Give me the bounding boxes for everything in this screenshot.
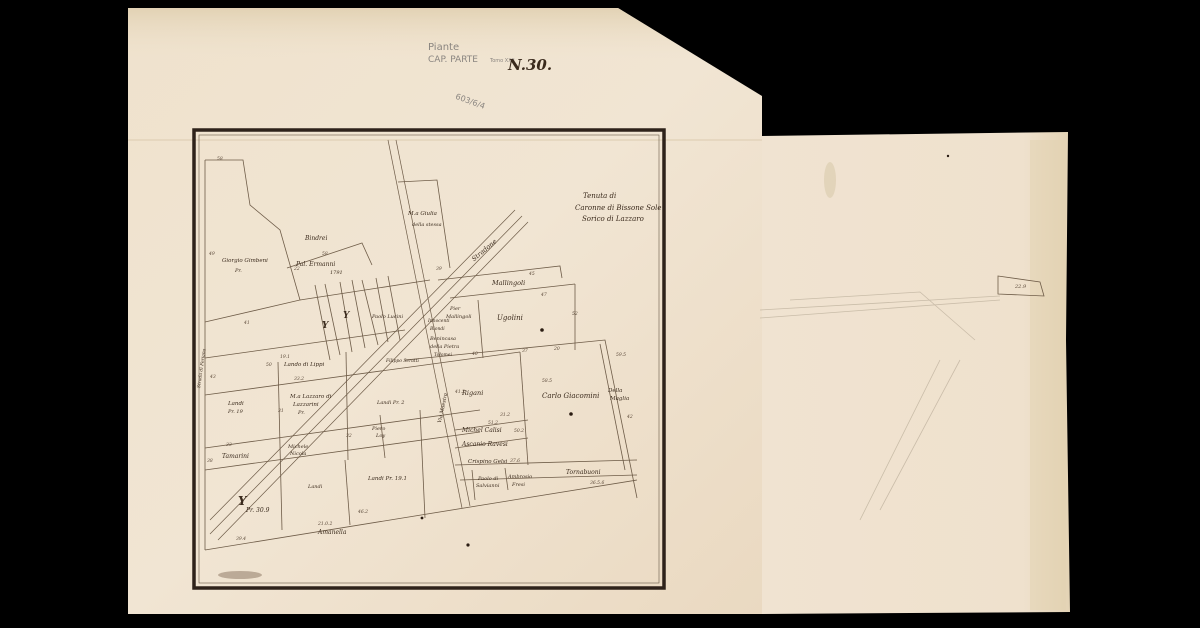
label-della-maglia: Della — [607, 388, 622, 394]
svg-text:31.2: 31.2 — [500, 412, 510, 418]
svg-text:20: 20 — [553, 346, 560, 352]
label-bindrei: Bindrei — [304, 235, 327, 242]
label-benincasa: Benincasa — [429, 336, 456, 342]
svg-text:della Pietra: della Pietra — [430, 344, 459, 350]
label-amanella: Amanella — [317, 529, 347, 536]
svg-text:41: 41 — [243, 320, 250, 326]
svg-text:43: 43 — [209, 374, 216, 380]
label-ambrosio-fresi: Ambrosio — [507, 474, 532, 480]
svg-text:38: 38 — [207, 458, 213, 464]
label-carlo-giacomini: Carlo Giacomini — [542, 392, 599, 400]
svg-text:Maglia: Maglia — [609, 396, 629, 402]
svg-text:Tenuta di: Tenuta di — [583, 192, 616, 200]
label-lucci-pr: Pr. 30.9 — [245, 507, 270, 514]
label-tornabuoni: Tornabuoni — [566, 469, 601, 476]
svg-text:39: 39 — [436, 266, 442, 272]
ink-dot — [947, 155, 949, 157]
label-tamarini: Tamarini — [222, 453, 249, 460]
svg-text:Pr.: Pr. — [297, 410, 305, 416]
svg-text:58.5: 58.5 — [542, 378, 552, 384]
svg-text:Pr.: Pr. — [234, 268, 242, 274]
label-mallingoli: Mallingoli — [491, 279, 525, 287]
label-landi-4: Landi — [307, 484, 323, 490]
svg-text:1791: 1791 — [330, 270, 343, 276]
label-landi-2: Landi Pr. 2 — [376, 400, 404, 406]
label-landi-3: Landi Pr. 19.1 — [367, 476, 407, 482]
svg-text:33.2: 33.2 — [294, 376, 304, 382]
label-michel-calisi: Michel Calisi — [461, 427, 502, 434]
svg-text:22.9: 22.9 — [1014, 284, 1027, 290]
ink-dot — [540, 328, 544, 332]
top-stain — [128, 8, 700, 60]
svg-text:50.2: 50.2 — [514, 428, 524, 434]
svg-text:Loy: Loy — [375, 433, 385, 439]
main-sheet — [128, 8, 762, 614]
svg-text:Fresi: Fresi — [511, 482, 525, 488]
svg-text:58: 58 — [322, 251, 328, 257]
map-scan: Piante CAP. PARTE Tomo XXII N.30. 603/6/… — [0, 0, 1200, 628]
svg-text:31: 31 — [278, 408, 284, 414]
tree-symbol-icon: Y — [238, 494, 248, 508]
label-ascanio-ravesi: Ascanio Ravesi — [461, 441, 508, 448]
svg-text:49: 49 — [208, 251, 215, 257]
label-giulia: M.a Giulia — [407, 211, 437, 217]
svg-text:41.2: 41.2 — [454, 389, 465, 395]
svg-text:50: 50 — [266, 362, 272, 368]
svg-text:Tolomei: Tolomei — [434, 352, 452, 358]
ink-dot — [466, 543, 469, 546]
svg-text:32: 32 — [346, 433, 352, 439]
svg-text:Biondi: Biondi — [429, 326, 445, 332]
label-lazzaro: M.a Lazzaro di — [289, 394, 332, 400]
svg-text:Piante: Piante — [428, 42, 459, 53]
label-filippo-seratti: Filippo Seratti — [385, 358, 420, 364]
label-landi-1: Landi — [227, 401, 244, 407]
svg-text:Pr. 19: Pr. 19 — [227, 409, 244, 415]
svg-text:Salvianni: Salvianni — [476, 483, 500, 489]
svg-text:42: 42 — [626, 414, 633, 420]
label-ugolini: Ugolini — [497, 314, 523, 322]
svg-text:40: 40 — [471, 351, 478, 357]
label-paolo-salvianni: Paolo di — [477, 476, 499, 482]
label-paolo-lucini: Paolo Lucini — [371, 314, 403, 320]
svg-text:33: 33 — [226, 442, 232, 448]
svg-text:22: 22 — [293, 266, 300, 272]
svg-text:CAP. PARTE: CAP. PARTE — [428, 55, 478, 65]
svg-text:46.2: 46.2 — [357, 509, 368, 515]
ink-sheet-number: N.30. — [507, 56, 552, 74]
svg-text:Sorico di Lazzaro: Sorico di Lazzaro — [582, 215, 644, 223]
svg-text:59.5: 59.5 — [616, 352, 626, 358]
svg-text:36.5.6: 36.5.6 — [590, 480, 604, 486]
svg-text:19.1: 19.1 — [280, 354, 290, 360]
svg-text:37: 37 — [522, 348, 528, 354]
svg-text:47: 47 — [540, 292, 547, 298]
label-pier-mallingoli: Pier — [449, 306, 461, 312]
label-innocenti: Innocenti — [427, 318, 450, 324]
label-michele-nicola: Michele — [287, 444, 308, 450]
svg-text:58: 58 — [217, 156, 223, 162]
ink-dot — [569, 412, 573, 416]
label-giorgio-gimbeni: Giorgio Gimbeni — [222, 258, 268, 264]
svg-text:51.2: 51.2 — [488, 420, 498, 426]
svg-text:Lazzarini: Lazzarini — [292, 402, 319, 408]
label-piero-loy: Piero — [371, 426, 385, 432]
svg-text:52: 52 — [572, 311, 578, 317]
label-pal-ermanni: Pal. Ermanni — [295, 261, 335, 268]
label-crispino-gelsi: Crispino Gelsi — [468, 459, 508, 465]
svg-text:Nicola: Nicola — [289, 451, 306, 457]
map-canvas: Piante CAP. PARTE Tomo XXII N.30. 603/6/… — [0, 0, 1200, 628]
ink-stain — [218, 571, 262, 579]
label-lando-lippi: Lando di Lippi — [283, 362, 325, 368]
svg-text:39.4: 39.4 — [236, 536, 246, 542]
paper-stain — [824, 162, 836, 198]
right-sheet — [760, 132, 1070, 614]
svg-text:45: 45 — [528, 271, 535, 277]
svg-text:della stessa: della stessa — [412, 222, 442, 228]
svg-text:Caronne di Bissone Sole: Caronne di Bissone Sole — [575, 204, 661, 212]
svg-text:37.6: 37.6 — [510, 458, 520, 464]
ink-dot — [421, 517, 424, 520]
svg-text:21.0.2: 21.0.2 — [317, 521, 332, 527]
right-sheet-edge-stain — [1030, 140, 1066, 610]
